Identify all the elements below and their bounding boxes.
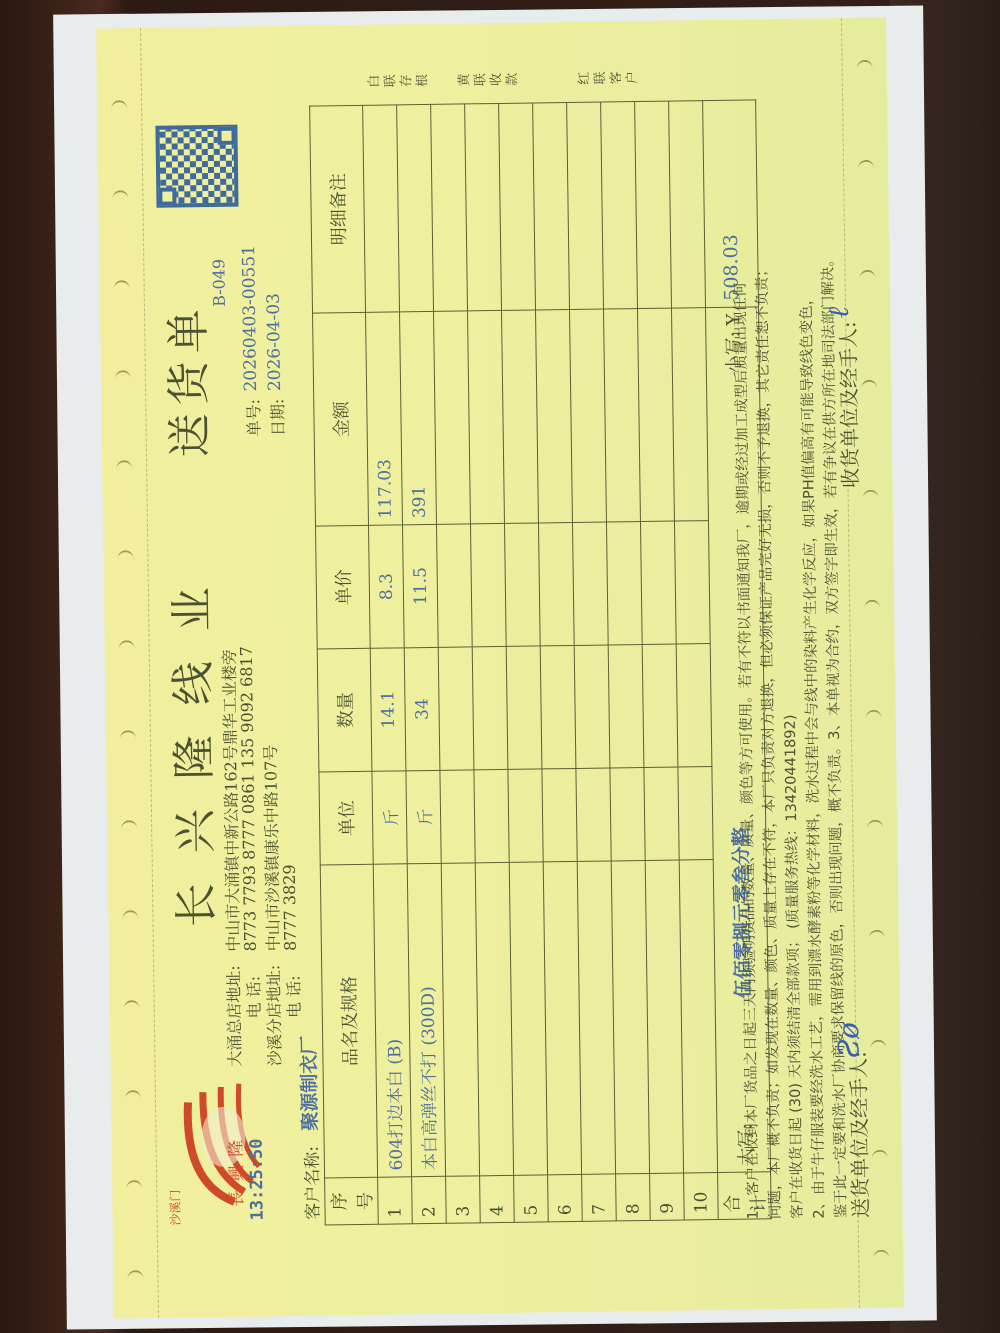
perforation-hole [125,1090,141,1108]
row-no: 4 [480,1175,515,1222]
row-price [640,521,676,644]
logo-brand-name: 長興隆 [221,1132,247,1207]
row-name [611,860,649,1173]
row-name: 604打边本白 (B) [373,864,411,1177]
row-amount: 117.03 [366,312,403,525]
row-note [431,104,468,311]
row-qty [472,646,508,769]
row-unit: 斤 [372,771,407,864]
perforation-hole [866,710,882,728]
row-amount: 391 [400,311,437,524]
row-name [441,863,479,1176]
receipt-paper: 沙溪门 長興隆 13:25:50 长兴隆线业 送货单 大涌总店地址: 中山市大涌… [96,18,904,1319]
row-note [669,101,706,308]
row-price [572,522,608,645]
perforation-hole [861,380,877,398]
row-amount [671,308,708,521]
row-price [674,521,710,644]
row-unit [576,768,611,861]
row-note [533,103,570,310]
row-no: 5 [514,1175,549,1222]
perforation-hole [114,280,130,298]
row-name [475,862,513,1175]
perforation-hole [858,160,874,178]
row-amount [502,310,539,523]
header-amount: 金额 [313,312,369,526]
customer-name: 聚源制衣厂 [294,1036,322,1131]
row-unit [508,769,543,862]
document-code: B-049 [209,259,229,307]
customer-label: 客户名称: [298,1146,324,1220]
doc-number-label: 单号: [241,399,265,437]
sender-signature: Ƨø [832,1022,866,1059]
row-note [499,103,536,310]
row-unit [542,768,577,861]
row-price [470,523,506,646]
row-name [577,861,615,1174]
row-no: 6 [548,1174,583,1221]
row-no: 3 [446,1176,481,1223]
qr-code-icon [155,125,238,208]
header-no: 序号 [325,1177,379,1225]
row-amount [536,309,573,522]
row-amount [603,309,640,522]
perforation-hole [126,1180,142,1198]
row-unit [474,769,509,862]
row-qty [540,645,576,768]
perforation-hole [863,490,879,508]
perforation-hole [870,1040,886,1058]
perforation-hole [127,1270,143,1288]
row-price: 11.5 [402,524,438,647]
perforation-hole [869,930,885,948]
row-qty [676,644,712,767]
delivery-receipt: 沙溪门 長興隆 13:25:50 长兴隆线业 送货单 大涌总店地址: 中山市大涌… [96,18,904,1319]
perforation-hole [119,640,135,658]
perforation-hole [121,820,137,838]
company-name: 长兴隆线业 [155,557,224,928]
perforation-hole [111,100,127,118]
row-qty [438,647,474,770]
row-qty: 14.1 [370,648,406,771]
row-qty [574,645,610,768]
perforation-hole [864,600,880,618]
logo-small-text: 沙溪门 [166,1189,184,1225]
perforation-hole [859,270,875,288]
perforation-hole [122,910,138,928]
header-price: 单价 [316,525,371,649]
row-name [543,861,581,1174]
row-name [645,860,683,1173]
row-unit: 斤 [406,770,441,863]
row-price [538,522,574,645]
perforation-hole [116,460,132,478]
row-name: 本白高弹丝不打 (300D) [407,863,445,1176]
row-amount [434,311,471,524]
perforation-hole [873,1250,889,1268]
row-no: 1 [378,1177,413,1224]
header-unit: 单位 [319,771,373,865]
doc-number: 20260403-00551 [239,245,261,392]
row-note [635,101,672,308]
row-amount [570,309,607,522]
header-note: 明细备注 [310,105,366,313]
sender-signature-label: 送货单位及经手人: [842,1051,873,1218]
row-no: 9 [650,1173,685,1220]
row-name [679,860,717,1173]
row-note [397,104,434,311]
row-amount [637,308,674,521]
row-no: 10 [684,1173,719,1220]
perforation-hole [120,730,136,748]
receiver-signature-label: 收货单位及经手人: [832,321,863,488]
row-note [465,103,502,310]
perforation-hole [112,190,128,208]
row-no: 2 [412,1176,447,1223]
row-price: 8.3 [368,525,404,648]
row-note [363,105,400,312]
row-qty [608,645,644,768]
row-unit [644,767,679,860]
row-price [606,522,642,645]
receiver-signature: ℓ [822,306,856,318]
branch-phone-label: 电 话: [281,975,305,1018]
row-price [504,523,540,646]
perforation-hole [124,1000,140,1018]
header-qty: 数量 [317,648,372,772]
row-no: 7 [582,1174,617,1221]
row-no: 8 [616,1173,651,1220]
copy-white-label: 白联存根 [367,73,431,93]
perforation-hole [867,820,883,838]
row-qty [506,646,542,769]
row-qty: 34 [404,647,440,770]
perforation-hole [857,60,873,78]
row-unit [678,767,713,860]
branch-phone: 8777 3829 [280,864,300,951]
row-unit [610,768,645,861]
date-value: 2026-04-03 [264,293,285,391]
row-unit [440,770,475,863]
row-note [567,102,604,309]
row-name [509,862,547,1175]
date-label: 日期: [265,399,289,437]
copy-yellow-label: 黄联收款 [457,72,521,92]
perforation-hole [872,1150,888,1168]
copy-red-label: 红联客户 [577,70,641,90]
hq-phone: 8773 7793 8777 0861 135 9092 6817 [237,646,260,952]
document-title: 送货单 [152,301,218,458]
row-price [436,524,472,647]
header-name: 品名及规格 [320,864,377,1178]
perforation-hole [117,550,133,568]
items-table: 序号 品名及规格 单位 数量 单价 金额 明细备注 1 604打边本白 (B) … [309,99,772,1225]
print-time: 13:25:50 [247,1138,268,1220]
perforation-hole [115,370,131,388]
row-amount [468,310,505,523]
row-note [601,102,638,309]
row-qty [642,644,678,767]
